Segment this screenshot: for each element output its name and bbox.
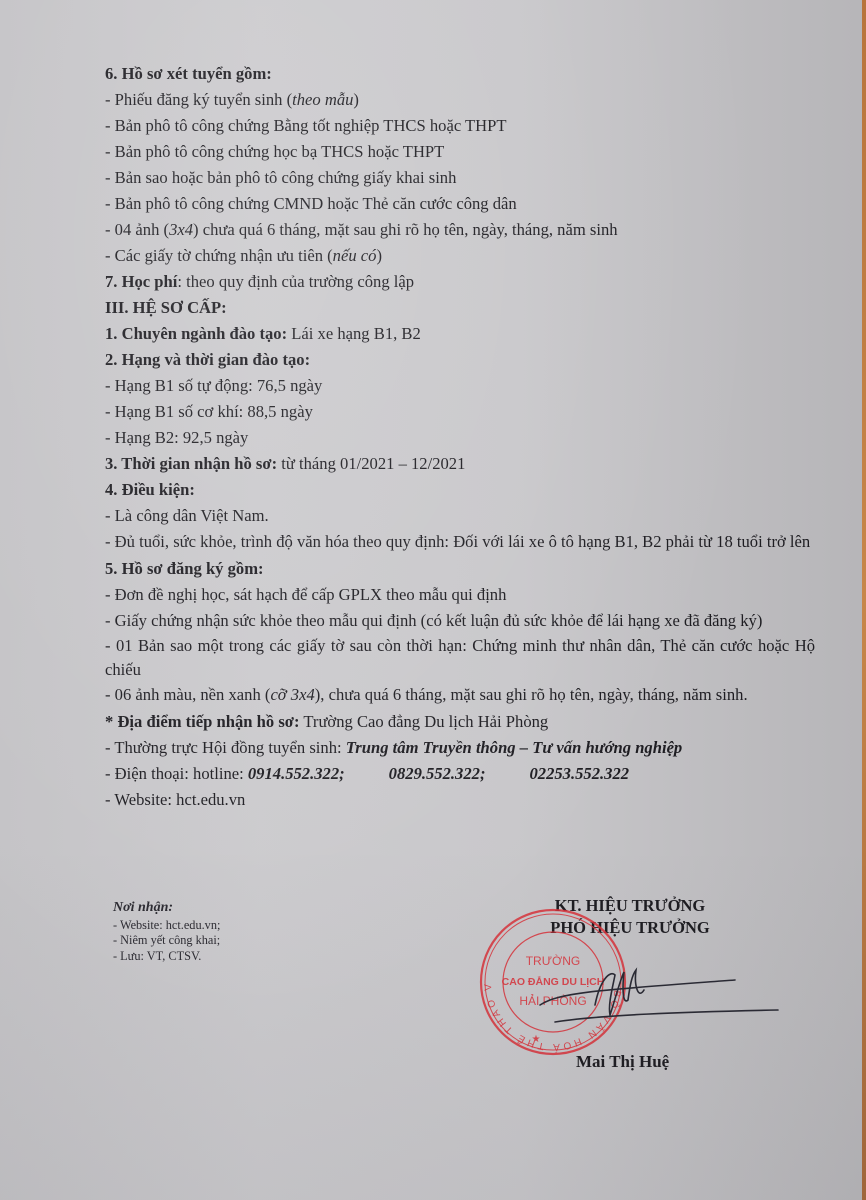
handwritten-signature-icon <box>520 960 790 1030</box>
location-line: * Địa điểm tiếp nhận hồ sơ: Trường Cao đ… <box>105 709 815 735</box>
phone-number: 0829.552.322; <box>389 764 486 783</box>
council-line: - Thường trực Hội đồng tuyển sinh: Trung… <box>105 735 815 761</box>
phone-number: 02253.552.322 <box>529 764 629 783</box>
list-item: - Đủ tuổi, sức khỏe, trình độ văn hóa th… <box>105 530 815 554</box>
list-item: - 04 ảnh (3x4) chưa quá 6 tháng, mặt sau… <box>105 217 815 243</box>
list-item: - Hạng B1 số tự động: 76,5 ngày <box>105 373 815 399</box>
signer-name: Mai Thị Huệ <box>576 1052 669 1072</box>
recipient-item: - Niêm yết công khai; <box>113 933 220 949</box>
list-item: - Phiếu đăng ký tuyển sinh (theo mẫu) <box>105 87 815 113</box>
list-item: - Hạng B2: 92,5 ngày <box>105 425 815 451</box>
list-item: - Hạng B1 số cơ khí: 88,5 ngày <box>105 399 815 425</box>
desk-edge <box>862 0 866 1200</box>
list-item: - 06 ảnh màu, nền xanh (cỡ 3x4), chưa qu… <box>105 683 815 707</box>
list-item: - Bản sao hoặc bản phô tô công chứng giấ… <box>105 165 815 191</box>
list-item: - Các giấy tờ chứng nhận ưu tiên (nếu có… <box>105 243 815 269</box>
recipient-item: - Lưu: VT, CTSV. <box>113 949 220 965</box>
list-item: - Giấy chứng nhận sức khỏe theo mẫu qui … <box>105 609 815 633</box>
list-item: - Là công dân Việt Nam. <box>105 503 815 529</box>
svg-text:★: ★ <box>532 1034 541 1045</box>
classes-heading: 2. Hạng và thời gian đào tạo: <box>105 347 815 373</box>
tuition-line: 7. Học phí: theo quy định của trường côn… <box>105 269 815 295</box>
conditions-heading: 4. Điều kiện: <box>105 477 815 503</box>
part-3-heading: III. HỆ SƠ CẤP: <box>105 295 815 321</box>
list-item: - Đơn đề nghị học, sát hạch để cấp GPLX … <box>105 582 815 608</box>
period-line: 3. Thời gian nhận hồ sơ: từ tháng 01/202… <box>105 451 815 477</box>
recipients-title: Nơi nhận: <box>113 900 220 916</box>
website-line: - Website: hct.edu.vn <box>105 787 815 813</box>
phone-line: - Điện thoại: hotline: 0914.552.322;0829… <box>105 761 815 787</box>
section-6-heading: 6. Hồ sơ xét tuyển gồm: <box>105 61 815 87</box>
website-link: hct.edu.vn <box>176 790 245 809</box>
list-item: - Bản phô tô công chứng Bằng tốt nghiệp … <box>105 113 815 139</box>
list-item: - 01 Bản sao một trong các giấy tờ sau c… <box>105 634 815 681</box>
list-item: - Bản phô tô công chứng học bạ THCS hoặc… <box>105 139 815 165</box>
phone-number: 0914.552.322; <box>248 764 345 783</box>
list-item: - Bản phô tô công chứng CMND hoặc Thẻ că… <box>105 191 815 217</box>
documents-heading: 5. Hồ sơ đăng ký gồm: <box>105 556 815 582</box>
recipient-item: - Website: hct.edu.vn; <box>113 918 220 934</box>
document-page: 6. Hồ sơ xét tuyển gồm: - Phiếu đăng ký … <box>105 61 815 813</box>
major-line: 1. Chuyên ngành đào tạo: Lái xe hạng B1,… <box>105 321 815 347</box>
recipients-block: Nơi nhận: - Website: hct.edu.vn; - Niêm … <box>113 900 220 964</box>
